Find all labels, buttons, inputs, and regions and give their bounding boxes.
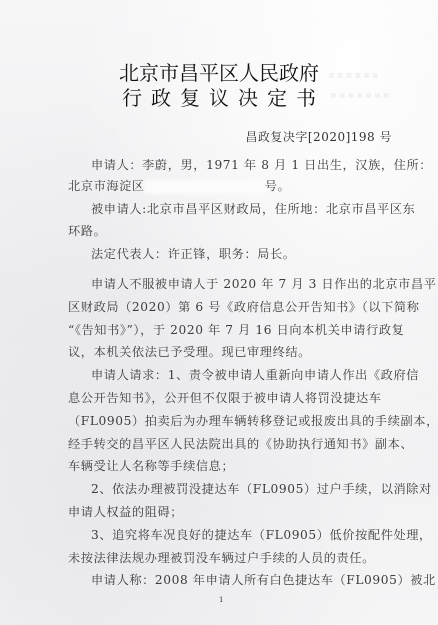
page-number: 1 <box>219 596 223 604</box>
address-suffix-text: 号。 <box>265 179 291 193</box>
body-text-line: 2、依法办理被罚没捷达车（FL0905）过户手续，以消除对 <box>91 481 394 497</box>
body-text-line: 经手转交的昌平区人民法院出具的《协助执行通知书》副本、 <box>68 436 394 452</box>
document-title-authority: 北京市昌平区人民政府 <box>0 61 438 85</box>
body-text-line: 法定代表人：许正锋，职务：局长。 <box>91 246 394 262</box>
body-text-line: 议，本机关依法已予受理。现已审理终结。 <box>68 344 394 360</box>
body-text-line: 申请人称：2008 年申请人所有白色捷达车（FL0905）被北 <box>91 572 394 588</box>
body-text-line: 申请人权益的阻碍； <box>68 504 394 520</box>
body-text-line: 申请人不服被申请人于 2020 年 7 月 3 日作出的北京市昌平 <box>91 276 394 292</box>
body-text-line: “《告知书》”），于 2020 年 7 月 16 日向本机关申请行政复 <box>68 322 394 338</box>
document-title-type: 行政复议决定书 <box>0 86 438 110</box>
body-text-line: 区财政局（2020）第 6 号《政府信息公开告知书》（以下简称 <box>68 299 394 315</box>
body-text-line: 车辆受让人名称等手续信息； <box>68 458 394 474</box>
scanned-document-page: ▪▪▪▪▪▪ ▪▪▪▪▪▪▪ 北京市昌平区人民政府 行政复议决定书 昌政复决字[… <box>0 0 438 625</box>
body-text-line: （FL0905）拍卖后为办理车辆转移登记或报废出具的手续副本， <box>68 413 394 429</box>
body-text-line: 申请人：李蔚，男，1971 年 8 月 1 日出生，汉族，住所： <box>91 157 394 173</box>
body-text-line: 息公开告知书》，公开但不仅限于被申请人将罚没捷达车 <box>68 390 394 406</box>
redacted-address <box>146 182 264 192</box>
document-number: 昌政复决字[2020]198 号 <box>245 128 392 145</box>
body-text-line: 北京市海淀区号。 <box>68 178 394 194</box>
body-text-line: 被申请人:北京市昌平区财政局，住所地：北京市昌平区东 <box>91 201 394 217</box>
body-text-line: 3、追究将车况良好的捷达车（FL0905）低价按配件处理， <box>91 527 394 543</box>
body-text-line: 申请人请求：1、责令被申请人重新向申请人作出《政府信 <box>91 367 394 383</box>
address-text: 北京市海淀区 <box>68 179 145 193</box>
body-text-line: 未按法律法规办理被罚没车辆过户手续的人员的责任。 <box>68 550 394 566</box>
body-text-line: 环路。 <box>68 223 394 239</box>
